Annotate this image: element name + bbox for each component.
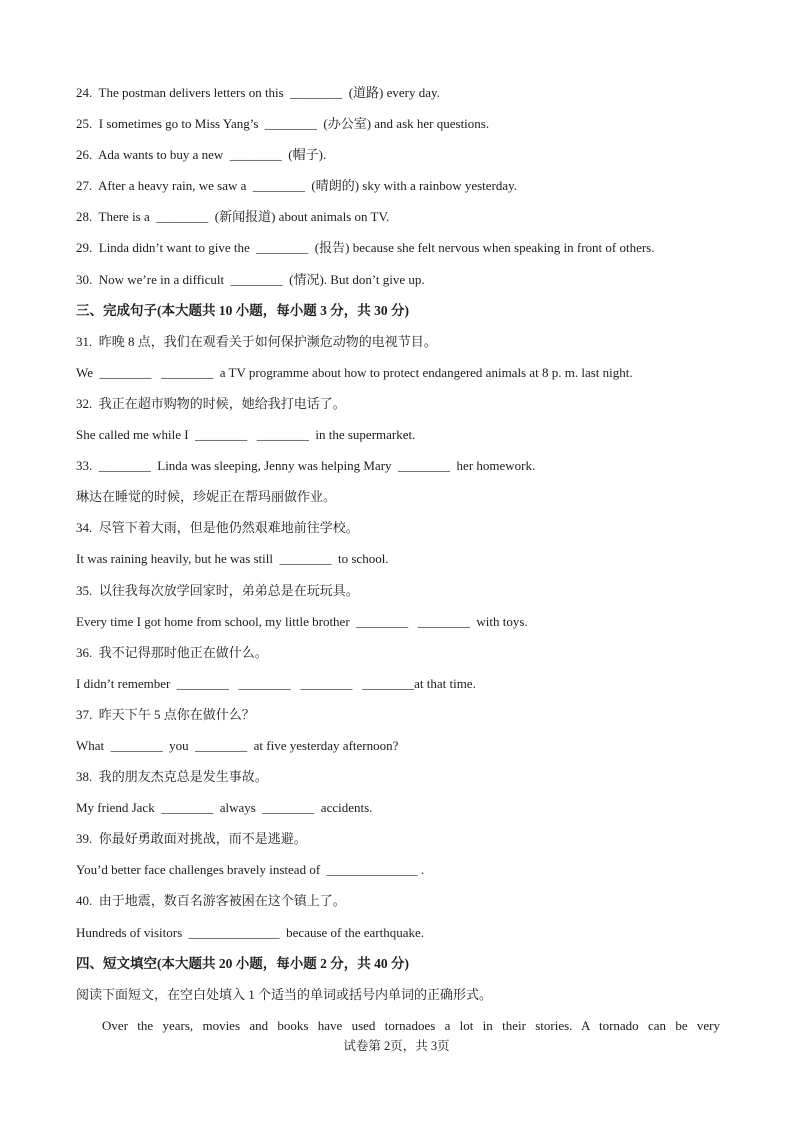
chinese-prompt-40: 40. 由于地震，数百名游客被困在这个镇上了。 <box>76 885 720 916</box>
question-24: 24. The postman delivers letters on this… <box>76 77 720 108</box>
chinese-prompt-35: 35. 以往我每次放学回家时，弟弟总是在玩玩具。 <box>76 575 720 606</box>
question-28: 28. There is a ________ (新闻报道) about ani… <box>76 201 720 232</box>
answer-line-38: My friend Jack ________ always ________ … <box>76 792 720 823</box>
page-footer: 试卷第 2页，共 3页 <box>0 1038 793 1054</box>
exam-page: 24. The postman delivers letters on this… <box>0 0 793 1122</box>
answer-line-35: Every time I got home from school, my li… <box>76 606 720 637</box>
chinese-prompt-38: 38. 我的朋友杰克总是发生事故。 <box>76 761 720 792</box>
chinese-prompt-37: 37. 昨天下午 5 点你在做什么？ <box>76 699 720 730</box>
passage-paragraph: Over the years, movies and books have us… <box>76 1010 720 1041</box>
chinese-translation-33: 琳达在睡觉的时候，珍妮正在帮玛丽做作业。 <box>76 481 720 512</box>
chinese-prompt-32: 32. 我正在超市购物的时候，她给我打电话了。 <box>76 388 720 419</box>
section-heading-4: 四、短文填空(本大题共 20 小题，每小题 2 分，共 40 分) <box>76 948 720 979</box>
answer-line-36: I didn’t remember ________ ________ ____… <box>76 668 720 699</box>
chinese-prompt-34: 34. 尽管下着大雨，但是他仍然艰难地前往学校。 <box>76 512 720 543</box>
question-29: 29. Linda didn’t want to give the ______… <box>76 232 720 263</box>
chinese-prompt-39: 39. 你最好勇敢面对挑战，而不是逃避。 <box>76 823 720 854</box>
question-27: 27. After a heavy rain, we saw a _______… <box>76 170 720 201</box>
passage-intro: 阅读下面短文，在空白处填入 1 个适当的单词或括号内单词的正确形式。 <box>76 979 720 1010</box>
answer-line-40: Hundreds of visitors ______________ beca… <box>76 917 720 948</box>
answer-line-31: We ________ ________ a TV programme abou… <box>76 357 720 388</box>
answer-line-32: She called me while I ________ ________ … <box>76 419 720 450</box>
question-26: 26. Ada wants to buy a new ________ (帽子)… <box>76 139 720 170</box>
question-30: 30. Now we’re in a difficult ________ (情… <box>76 264 720 295</box>
question-25: 25. I sometimes go to Miss Yang’s ______… <box>76 108 720 139</box>
answer-line-37: What ________ you ________ at five yeste… <box>76 730 720 761</box>
chinese-prompt-36: 36. 我不记得那时他正在做什么。 <box>76 637 720 668</box>
question-33: 33. ________ Linda was sleeping, Jenny w… <box>76 450 720 481</box>
exam-body: 24. The postman delivers letters on this… <box>76 77 720 1041</box>
answer-line-39: You’d better face challenges bravely ins… <box>76 854 720 885</box>
answer-line-34: It was raining heavily, but he was still… <box>76 543 720 574</box>
section-heading-3: 三、完成句子(本大题共 10 小题，每小题 3 分，共 30 分) <box>76 295 720 326</box>
chinese-prompt-31: 31. 昨晚 8 点，我们在观看关于如何保护濒危动物的电视节目。 <box>76 326 720 357</box>
